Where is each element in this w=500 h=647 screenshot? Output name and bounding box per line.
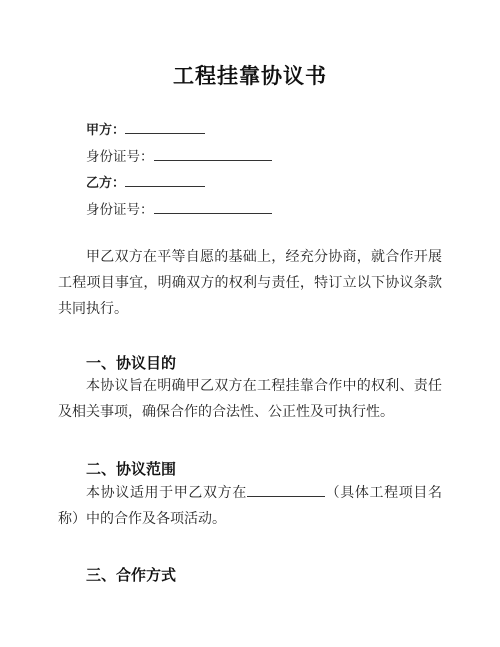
section-2-body: 本协议适用于甲乙双方在（具体工程项目名称）中的合作及各项活动。 — [58, 480, 442, 532]
party-b-blank[interactable] — [125, 172, 205, 187]
party-b-id-label: 身份证号： — [86, 202, 154, 218]
party-b-id-field: 身份证号： — [86, 199, 272, 219]
section-3-heading: 三、合作方式 — [86, 564, 176, 585]
document-page: 工程挂靠协议书 甲方： 身份证号： 乙方： 身份证号： 甲乙双方在平等自愿的基础… — [0, 0, 500, 647]
section-1-body: 本协议旨在明确甲乙双方在工程挂靠合作中的权利、责任及相关事项，确保合作的合法性、… — [58, 373, 442, 425]
party-b-id-blank[interactable] — [154, 199, 272, 214]
party-a-blank[interactable] — [125, 119, 205, 134]
intro-paragraph: 甲乙双方在平等自愿的基础上，经充分协商，就合作开展工程项目事宜，明确双方的权利与… — [58, 244, 442, 322]
party-a-id-blank[interactable] — [154, 146, 272, 161]
document-title: 工程挂靠协议书 — [0, 60, 500, 90]
party-a-id-label: 身份证号： — [86, 149, 154, 165]
party-a-field: 甲方： — [86, 119, 205, 139]
party-a-id-field: 身份证号： — [86, 146, 272, 166]
section-2-body-start: 本协议适用于甲乙双方在 — [86, 485, 247, 501]
party-b-field: 乙方： — [86, 172, 205, 192]
party-b-label: 乙方： — [86, 176, 125, 191]
party-a-label: 甲方： — [86, 123, 125, 138]
section-1-heading: 一、协议目的 — [86, 352, 176, 373]
section-2-heading: 二、协议范围 — [86, 458, 176, 479]
project-name-blank[interactable] — [247, 482, 325, 497]
